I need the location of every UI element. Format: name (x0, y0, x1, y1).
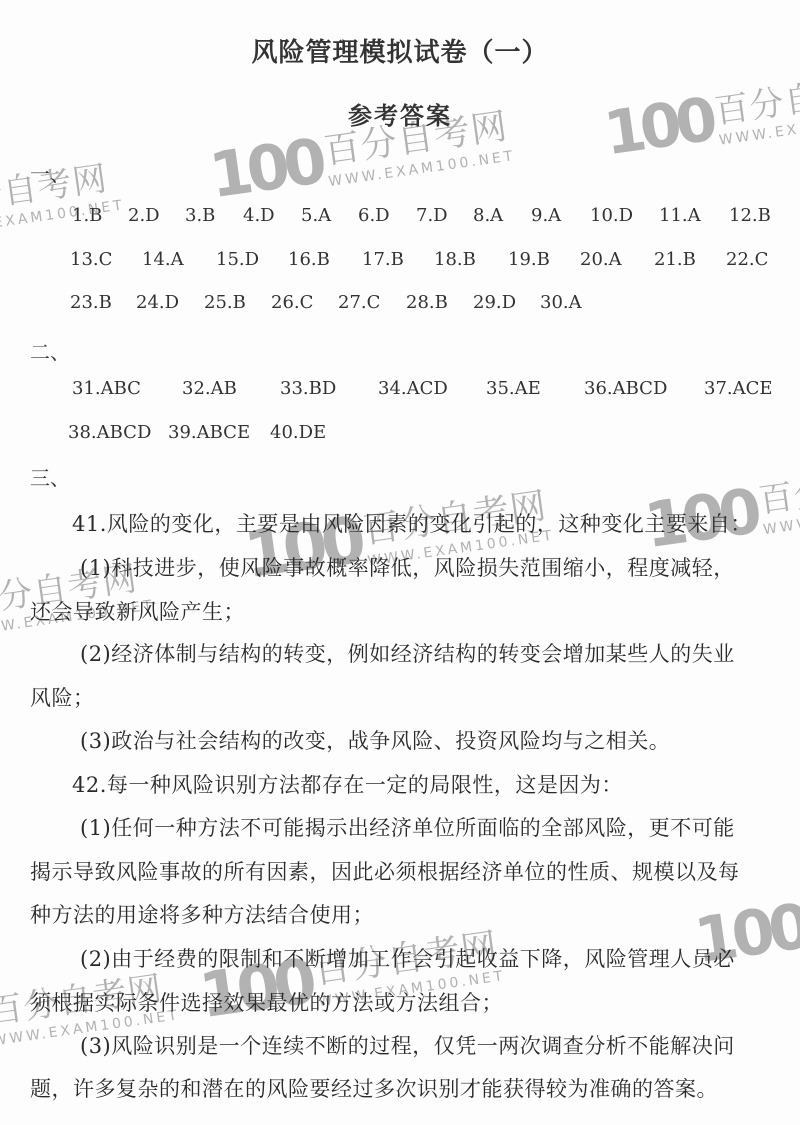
watermark: 100 百分自考网 WWW.EXAM100.NET (640, 448, 800, 563)
answer-paragraph: 须根据实际条件选择效果最优的方法或方法组合； (30, 987, 503, 1017)
answer-item: 25.B (204, 292, 246, 313)
answer-item: 31.ABC (72, 378, 141, 399)
answer-item: 17.B (362, 249, 404, 270)
section-1-mark: 一、 (30, 158, 70, 187)
answer-paragraph: (1)任何一种方法不可能揭示出经济单位所面临的全部风险，更不可能 (80, 812, 735, 842)
answer-paragraph: (2)经济体制与结构的转变，例如经济结构的转变会增加某些人的失业 (80, 638, 735, 668)
answer-item: 22.C (726, 249, 768, 270)
answer-paragraph: 风险； (30, 682, 95, 712)
answer-item: 20.A (580, 249, 622, 270)
question-42-heading: 42.每一种风险识别方法都存在一定的局限性，这是因为： (72, 769, 623, 799)
answer-item: 24.D (136, 292, 179, 313)
answer-item: 23.B (70, 292, 112, 313)
answer-paragraph: 揭示导致风险事故的所有因素，因此必须根据经济单位的性质、规模以及每 (30, 856, 740, 886)
watermark-url: WWW.EXAM100.NET (762, 496, 800, 538)
page-subtitle: 参考答案 (0, 96, 800, 131)
answer-item: 16.B (288, 249, 330, 270)
answer-item: 30.A (540, 292, 582, 313)
answer-item: 32.AB (182, 378, 237, 399)
answer-sheet-page: 100 百分自考网 WWW.EXAM100.NET 100 百分自考网 WWW.… (0, 0, 800, 1125)
answer-item: 35.AE (486, 378, 541, 399)
answer-paragraph: 还会导致新风险产生； (30, 596, 245, 626)
answer-item: 33.BD (280, 378, 336, 399)
answer-paragraph: 种方法的用途将多种方法结合使用； (30, 899, 374, 929)
watermark-url: WWW.EXAM100.NET (327, 148, 516, 190)
answer-item: 36.ABCD (584, 378, 667, 399)
answer-item: 12.B (729, 205, 771, 226)
answer-item: 40.DE (270, 422, 326, 443)
answer-paragraph: 题，许多复杂的和潜在的风险要经过多次识别才能获得较为准确的答案。 (30, 1073, 718, 1103)
answer-item: 4.D (243, 205, 275, 226)
answer-item: 6.D (358, 205, 390, 226)
answer-item: 8.A (473, 205, 503, 226)
watermark-logo: 100 (205, 124, 325, 212)
answer-item: 21.B (654, 249, 696, 270)
section-2-mark: 二、 (30, 336, 70, 365)
watermark-cn: 百分自考网 (755, 449, 800, 522)
answer-paragraph: (3)风险识别是一个连续不断的过程，仅凭一两次调查分析不能解决问 (80, 1030, 735, 1060)
answer-item: 27.C (338, 292, 380, 313)
answer-item: 10.D (590, 205, 633, 226)
answer-item: 26.C (271, 292, 313, 313)
answer-item: 29.D (473, 292, 516, 313)
answer-item: 39.ABCE (168, 422, 250, 443)
answer-item: 5.A (301, 205, 331, 226)
answer-item: 14.A (142, 249, 184, 270)
answer-item: 1.B (72, 205, 102, 226)
answer-paragraph: (3)政治与社会结构的改变，战争风险、投资风险均与之相关。 (80, 725, 670, 755)
answer-paragraph: (2)由于经费的限制和不断增加工作会引起收益下降，风险管理人员必 (80, 943, 735, 973)
answer-paragraph: (1)科技进步，使风险事故概率降低，风险损失范围缩小，程度减轻， (80, 552, 735, 582)
answer-item: 19.B (508, 249, 550, 270)
answer-item: 38.ABCD (68, 422, 151, 443)
answer-item: 18.B (434, 249, 476, 270)
question-41-heading: 41.风险的变化，主要是由风险因素的变化引起的，这种变化主要来自： (72, 508, 752, 538)
answer-item: 7.D (416, 205, 448, 226)
watermark-url: WWW.EXAM100.NET (0, 197, 126, 239)
answer-item: 11.A (659, 205, 701, 226)
answer-item: 2.D (128, 205, 160, 226)
section-3-mark: 三、 (30, 462, 70, 491)
answer-item: 37.ACE (704, 378, 773, 399)
answer-item: 13.C (70, 249, 112, 270)
answer-item: 28.B (406, 292, 448, 313)
page-title: 风险管理模拟试卷（一） (0, 32, 800, 69)
answer-item: 9.A (531, 205, 561, 226)
answer-item: 15.D (216, 249, 259, 270)
answer-item: 34.ACD (378, 378, 448, 399)
answer-item: 3.B (185, 205, 215, 226)
